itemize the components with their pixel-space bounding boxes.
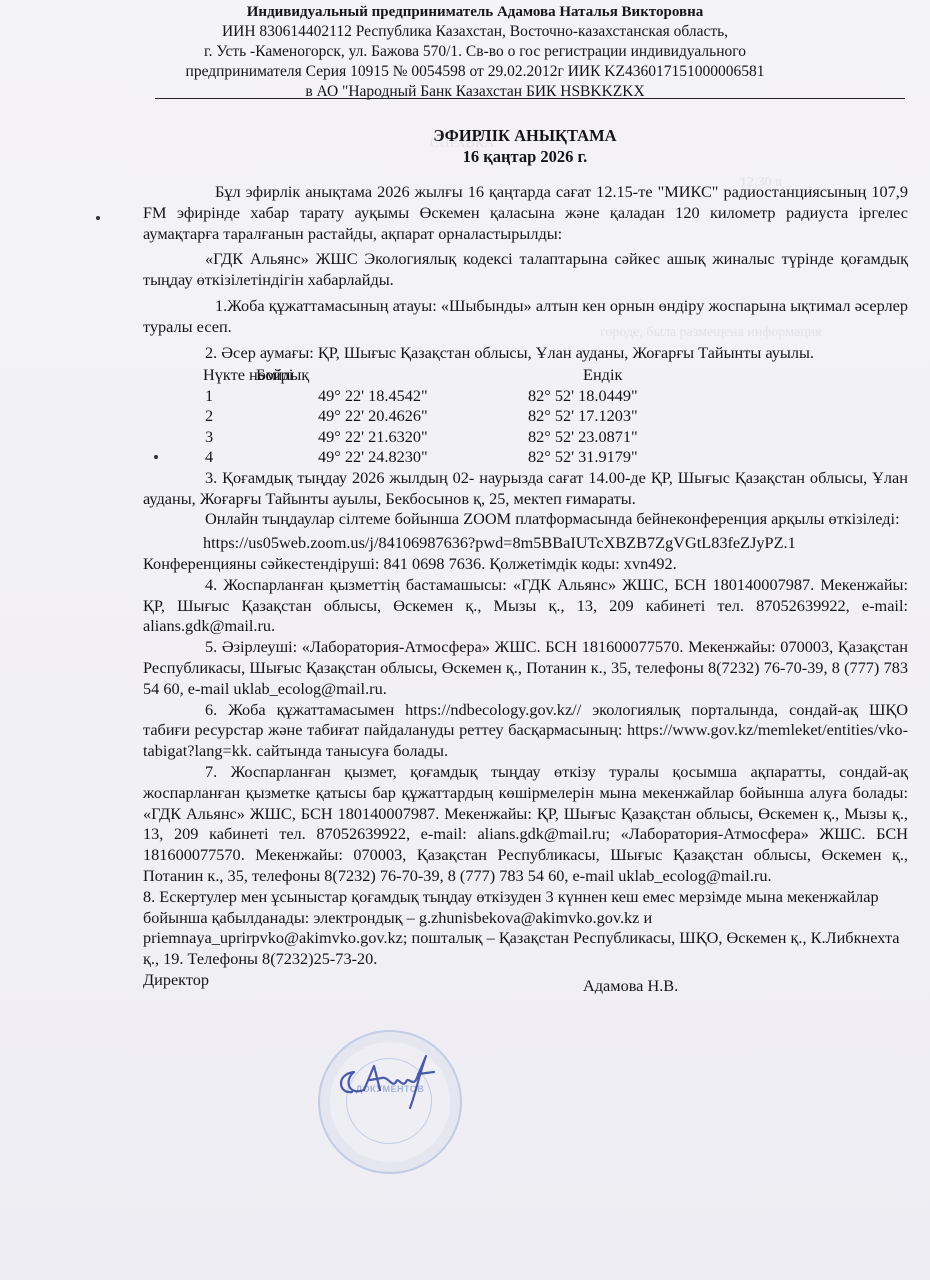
conference-id: Конференцияны сәйкестендіруші: 841 0698 … [143, 554, 908, 575]
announcement-paragraph: «ГДК Альянс» ЖШС Экологиялық кодексі тал… [143, 249, 908, 291]
document-title: ЭФИРЛІК АНЫҚТАМА [130, 125, 920, 146]
coordinates-row: 1 49° 22' 18.4542" 82° 52' 18.0449" [143, 386, 908, 407]
item-2-impact-area: 2. Әсер аумағы: ҚР, Шығыс Қазақстан облы… [143, 343, 908, 364]
item-3-hearing-details: 3. Қоғамдық тыңдау 2026 жылдың 02- науры… [143, 468, 908, 510]
item-6-documentation: 6. Жоба құжаттамасымен https://ndbecolog… [143, 700, 908, 762]
document-date: 16 қаңтар 2026 г. [130, 146, 920, 167]
online-hearing-note: Онлайн тыңдаулар сілтеме бойынша ZOOM пл… [143, 509, 908, 530]
latitude-value: 82° 52' 23.0871" [528, 427, 728, 448]
point-number: 3 [143, 427, 318, 448]
handwritten-signature [330, 1052, 450, 1112]
item-8-comments: 8. Ескертулер мен ұсыныстар қоғамдық тың… [143, 887, 908, 970]
item-7-additional-info: 7. Жоспарланған қызмет, қоғамдық тыңдау … [143, 762, 908, 887]
document-body: Бұл эфирлік анықтама 2026 жылғы 16 қаңта… [143, 182, 908, 994]
col-header-latitude: Ендік [568, 365, 783, 386]
document-title-block: ЭФИРЛІК АНЫҚТАМА 16 қаңтар 2026 г. [130, 125, 920, 167]
point-number: 1 [143, 386, 318, 407]
document-page: СПРАВКА 12.30 в городе, была размещена и… [0, 0, 930, 1280]
item-1-project-name: 1.Жоба құжаттамасының атауы: «Шыбынды» а… [143, 296, 908, 338]
latitude-value: 82° 52' 31.9179" [528, 447, 728, 468]
point-number: 2 [143, 406, 318, 427]
longitude-value: 49° 22' 18.4542" [318, 386, 528, 407]
intro-paragraph: Бұл эфирлік анықтама 2026 жылғы 16 қаңта… [143, 182, 908, 244]
letterhead-divider [155, 98, 905, 99]
longitude-value: 49° 22' 21.6320" [318, 427, 528, 448]
signer-name: Адамова Н.В. [583, 976, 678, 997]
letterhead-org-name: Индивидуальный предприниматель Адамова Н… [150, 2, 800, 22]
latitude-value: 82° 52' 17.1203" [528, 406, 728, 427]
signature-row: Директор Адамова Н.В. [143, 970, 908, 994]
zoom-link[interactable]: https://us05web.zoom.us/j/84106987636?pw… [143, 533, 908, 554]
letterhead-line: в АО "Народный Банк Казахстан БИК HSBKKZ… [150, 82, 800, 102]
coordinates-row: 3 49° 22' 21.6320" 82° 52' 23.0871" [143, 427, 908, 448]
item-4-initiator: 4. Жоспарланған қызметтің бастамашысы: «… [143, 575, 908, 637]
coordinates-header: Нүкте нөмірі Бойлық Ендік [143, 365, 908, 386]
director-label: Директор [143, 970, 209, 991]
letterhead: Индивидуальный предприниматель Адамова Н… [150, 2, 800, 102]
margin-mark [96, 216, 100, 220]
coordinates-row: 2 49° 22' 20.4626" 82° 52' 17.1203" [143, 406, 908, 427]
letterhead-line: ИИН 830614402112 Республика Казахстан, В… [150, 22, 800, 42]
letterhead-line: предпринимателя Серия 10915 № 0054598 от… [150, 62, 800, 82]
point-number: 4 [143, 447, 318, 468]
longitude-value: 49° 22' 20.4626" [318, 406, 528, 427]
longitude-value: 49° 22' 24.8230" [318, 447, 528, 468]
col-header-longitude: Бойлық [256, 365, 466, 386]
letterhead-line: г. Усть -Каменогорск, ул. Бажова 570/1. … [150, 42, 800, 62]
coordinates-table: Нүкте нөмірі Бойлық Ендік 1 49° 22' 18.4… [143, 365, 908, 468]
coordinates-row: 4 49° 22' 24.8230" 82° 52' 31.9179" [143, 447, 908, 468]
latitude-value: 82° 52' 18.0449" [528, 386, 728, 407]
item-5-developer: 5. Әзірлеуші: «Лаборатория-Атмосфера» ЖШ… [143, 637, 908, 699]
